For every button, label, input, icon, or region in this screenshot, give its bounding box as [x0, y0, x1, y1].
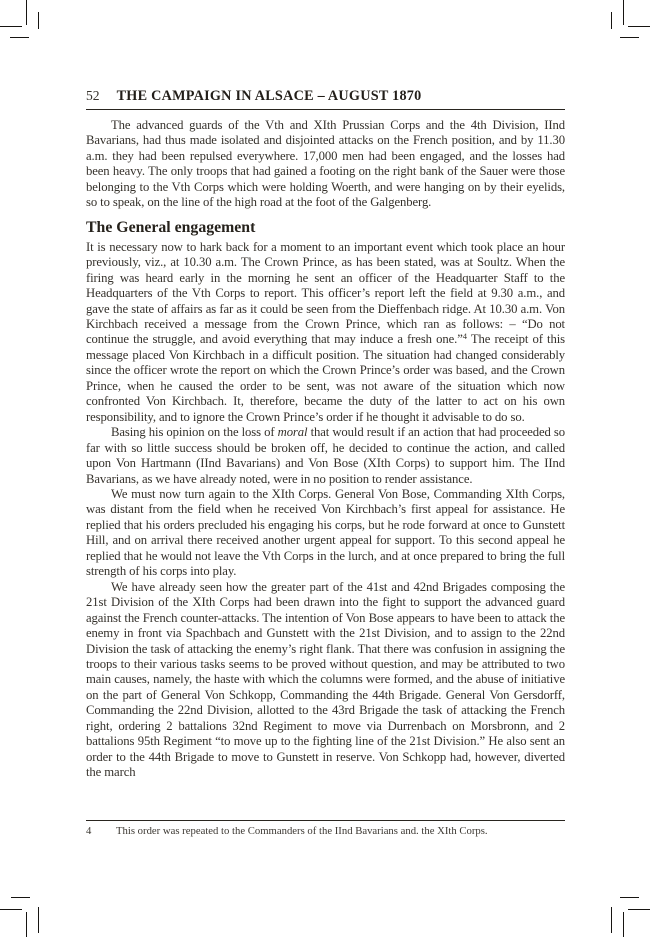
crop-mark-tr-horizontal-outer: [628, 26, 650, 27]
paragraph-2-text-a: It is necessary now to hark back for a m…: [86, 240, 565, 347]
page-number: 52: [86, 88, 100, 104]
page-body: The advanced guards of the Vth and XIth …: [86, 110, 565, 781]
scanned-book-page: 52 THE CAMPAIGN IN ALSACE – AUGUST 1870 …: [0, 0, 650, 937]
crop-mark-bl-horizontal-inner: [11, 897, 30, 898]
crop-mark-bl-vertical-outer: [26, 912, 27, 937]
paragraph-3: Basing his opinion on the loss of moral …: [86, 425, 565, 487]
crop-mark-tl-horizontal-outer: [0, 26, 22, 27]
page-header: 52 THE CAMPAIGN IN ALSACE – AUGUST 1870: [86, 88, 565, 110]
crop-mark-tr-vertical-outer: [623, 0, 624, 25]
paragraph-2: It is necessary now to hark back for a m…: [86, 240, 565, 425]
crop-mark-br-horizontal-inner: [620, 897, 639, 898]
footnote-number: 4: [86, 825, 116, 838]
crop-mark-tl-horizontal-inner: [10, 37, 29, 38]
crop-mark-bl-vertical-inner: [38, 907, 39, 933]
crop-mark-br-vertical-inner: [611, 907, 612, 933]
crop-mark-tl-vertical-outer: [26, 0, 27, 25]
running-head-title: THE CAMPAIGN IN ALSACE – AUGUST 1870: [117, 88, 422, 105]
crop-mark-br-vertical-outer: [623, 912, 624, 937]
crop-mark-tl-vertical-inner: [38, 12, 39, 29]
crop-mark-tr-vertical-inner: [611, 12, 612, 29]
crop-mark-tr-horizontal-inner: [620, 37, 639, 38]
footnote: 4This order was repeated to the Commande…: [86, 820, 565, 838]
italic-term-moral: moral: [278, 425, 308, 439]
crop-mark-br-horizontal-outer: [628, 909, 650, 910]
footnote-text: This order was repeated to the Commander…: [116, 825, 488, 837]
crop-mark-bl-horizontal-outer: [0, 909, 22, 910]
paragraph-4: We must now turn again to the XIth Corps…: [86, 487, 565, 580]
paragraph-5: We have already seen how the greater par…: [86, 580, 565, 781]
paragraph-3-text-a: Basing his opinion on the loss of: [111, 425, 278, 439]
section-heading: The General engagement: [86, 219, 565, 237]
paragraph-1: The advanced guards of the Vth and XIth …: [86, 118, 565, 211]
